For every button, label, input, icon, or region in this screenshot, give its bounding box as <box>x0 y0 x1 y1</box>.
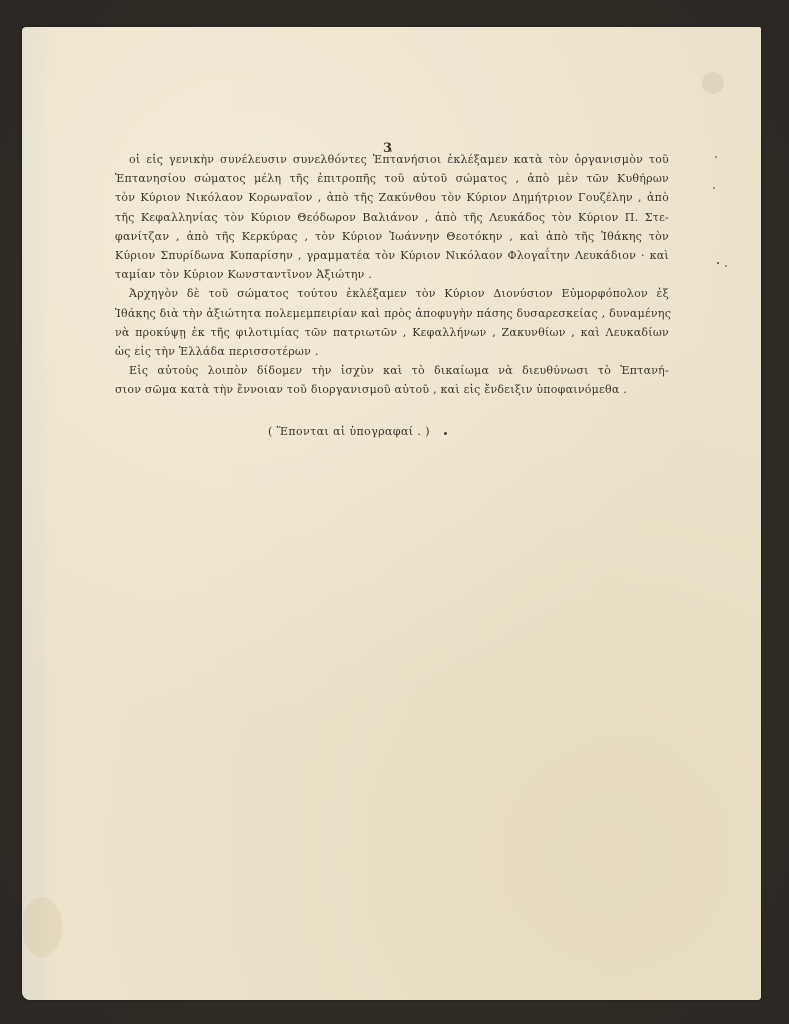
text-line: ὡς εἰς τὴν Ἑλλάδα περισσοτέρων . <box>115 342 669 361</box>
paragraph-3: Εἰς αὐτοὺς λοιπὸν δίδομεν τὴν ἰσχὺν καὶ … <box>115 361 669 399</box>
text-line: Εἰς αὐτοὺς λοιπὸν δίδομεν τὴν ἰσχὺν καὶ … <box>115 361 669 380</box>
ink-speck <box>444 432 447 435</box>
ink-speck <box>717 262 719 264</box>
text-line: Ἰθάκης διὰ τὴν ἀξιώτητα πολεμεμπειρίαν κ… <box>115 304 669 323</box>
ink-speck <box>725 265 727 267</box>
text-line: Ἑπτανησίου σώματος μέλη τῆς ἐπιτροπῆς το… <box>115 169 669 188</box>
document-body: οἱ εἰς γενικὴν συνέλευσιν συνελθόντες Ἑπ… <box>115 150 669 399</box>
paper-stain <box>702 72 724 94</box>
text-line: νὰ προκύψῃ ἐκ τῆς φιλοτιμίας τῶν πατριωτ… <box>115 323 669 342</box>
text-line: φανίτζαν , ἀπὸ τῆς Κερκύρας , τὸν Κύριον… <box>115 227 669 246</box>
paper-stain <box>22 897 62 957</box>
text-line: οἱ εἰς γενικὴν συνέλευσιν συνελθόντες Ἑπ… <box>115 150 669 169</box>
text-line: ταμίαν τὸν Κύριον Κωνσταντῖνον Ἀξιώτην . <box>115 265 669 284</box>
ink-speck <box>713 187 715 189</box>
text-line: τὸν Κύριον Νικόλαον Κορωναῖον , ἀπὸ τῆς … <box>115 188 669 207</box>
text-line: τῆς Κεφαλληνίας τὸν Κύριον Θεόδωρον Βαλι… <box>115 208 669 227</box>
paragraph-2: Ἀρχηγὸν δὲ τοῦ σώματος τούτου ἐκλέξαμεν … <box>115 284 669 361</box>
ink-speck <box>390 150 392 152</box>
text-line: Ἀρχηγὸν δὲ τοῦ σώματος τούτου ἐκλέξαμεν … <box>115 284 669 303</box>
signatures-note: ( Ἕπονται αἱ ὑπογραφαί . ) <box>268 425 430 438</box>
ink-speck <box>715 156 717 158</box>
paragraph-1: οἱ εἰς γενικὴν συνέλευσιν συνελθόντες Ἑπ… <box>115 150 669 284</box>
text-line: Κύριον Σπυρίδωνα Κυπαρίσην , γραμματέα τ… <box>115 246 669 265</box>
text-line: σιον σῶμα κατὰ τὴν ἔννοιαν τοῦ διοργανισ… <box>115 380 669 399</box>
